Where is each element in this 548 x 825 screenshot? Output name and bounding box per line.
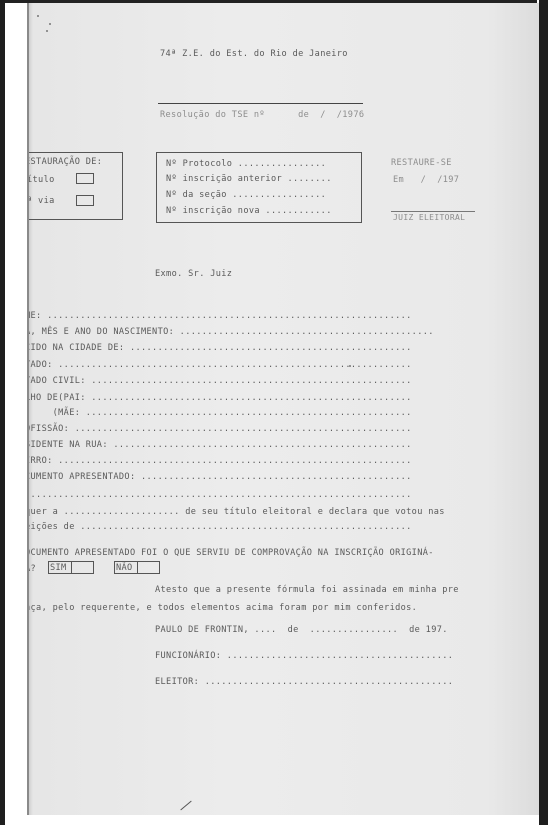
field-name[interactable]: ME: ....................................… [27,311,412,321]
restoration-titulo-checkbox[interactable] [76,173,94,184]
employee-signature-line[interactable]: FUNCIONÁRIO: ...........................… [155,651,453,661]
field-mother[interactable]: (MÃE: ..................................… [27,408,412,418]
no-label: NÃO [116,563,133,573]
field-document[interactable]: CUMENTO APRESENTADO: ...................… [27,472,412,482]
scan-speck [46,30,48,32]
field-birth-city[interactable]: CIDO NA CIDADE DE: .....................… [27,343,412,353]
restoration-option-via-label: ª via [27,196,55,206]
question-prefix: A? [27,564,36,574]
window-frame-left [0,0,5,825]
question-text: OCUMENTO APRESENTADO FOI O QUE SERVIU DE… [27,548,434,558]
protocol-number-field[interactable]: Nº Protocolo ................ [166,159,326,169]
salutation: Exmo. Sr. Juiz [155,269,232,279]
scanned-form-page: 74ª Z.E. do Est. do Rio de Janeiro Resol… [27,3,539,815]
request-line-1: quer a ..................... de seu títu… [27,507,445,517]
pen-mark [180,801,191,811]
header-rule [158,103,363,104]
restoration-title: ESTAURAÇÃO DE: [27,157,102,167]
field-street[interactable]: SIDENTE NA RUA: ........................… [27,440,412,450]
field-document-continued[interactable]: ........................................… [27,490,412,500]
field-profession[interactable]: OFISSÃO: ...............................… [27,424,412,434]
new-inscription-field[interactable]: Nº inscrição nova ............ [166,206,332,216]
attestation-line-2: nça, pelo requerente, e todos elementos … [27,603,417,613]
restaure-date: Em / /197 [393,175,459,185]
yes-label: SIM [50,563,67,573]
attestation-line-1: Atesto que a presente fórmula foi assina… [155,585,459,595]
request-line-2: eições de ..............................… [27,522,412,532]
place-date-line[interactable]: PAULO DE FRONTIN, .... de ..............… [155,625,448,635]
restoration-option-titulo-label: ítulo [27,175,55,185]
judge-signature-rule [391,211,475,212]
field-state[interactable]: TADO: ..................................… [27,360,412,370]
voter-signature-line[interactable]: ELEITOR: ...............................… [155,677,453,687]
zone-header: 74ª Z.E. do Est. do Rio de Janeiro [160,49,348,59]
section-number-field[interactable]: Nº da seção ................. [166,190,326,200]
field-marital-status[interactable]: TADO CIVIL: ............................… [27,376,412,386]
judge-signature-label: JUIZ ELEITORAL [393,213,465,223]
previous-inscription-field[interactable]: Nº inscrição anterior ........ [166,174,332,184]
restoration-via-checkbox[interactable] [76,195,94,206]
no-box-divider [137,561,138,573]
field-neighborhood[interactable]: IRRO: ..................................… [27,456,412,466]
field-birth-date[interactable]: A, MÊS E ANO DO NASCIMENTO: ............… [27,327,434,337]
window-frame-right [539,0,548,825]
scan-speck [49,23,51,25]
scan-speck [37,15,39,17]
field-father[interactable]: LHO DE(PAI: ............................… [27,393,412,403]
resolution-line: Resolução do TSE nº de / /1976 [160,110,364,120]
yes-box-divider [71,561,72,573]
restaure-title: RESTAURE-SE [391,158,452,168]
